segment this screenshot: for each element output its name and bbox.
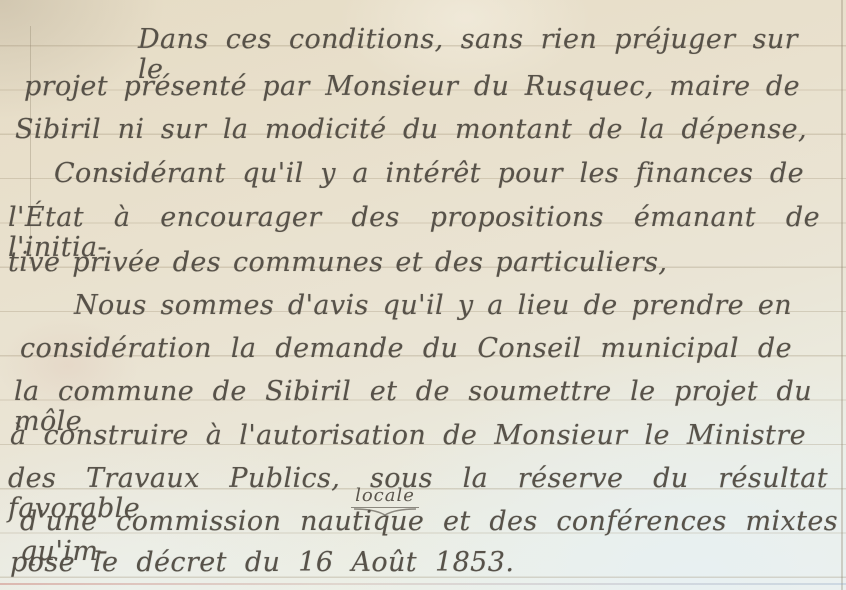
bottom-edge-line — [0, 583, 846, 585]
manuscript-line-10: à construire à l'autorisation de Monsieu… — [10, 421, 806, 451]
interlinear-insertion-locale: locale — [325, 486, 445, 517]
manuscript-line-4: Considérant qu'il y a intérêt pour les f… — [54, 159, 804, 189]
insertion-word: locale — [351, 486, 419, 508]
manuscript-line-3: Sibiril ni sur la modicité du montant de… — [15, 115, 807, 145]
manuscript-line-2: projet présenté par Monsieur du Rusquec,… — [24, 72, 800, 102]
manuscript-line-8: considération la demande du Conseil muni… — [20, 334, 792, 364]
manuscript-line-7: Nous sommes d'avis qu'il y a lieu de pre… — [74, 291, 792, 321]
manuscript-line-6: tive privée des communes et des particul… — [8, 248, 667, 278]
manuscript-page: Dans ces conditions, sans rien préjuger … — [0, 0, 846, 590]
insertion-caret-brace-icon — [352, 507, 418, 517]
right-page-edge-line — [841, 0, 843, 590]
manuscript-line-13: pose le décret du 16 Août 1853. — [10, 548, 514, 578]
